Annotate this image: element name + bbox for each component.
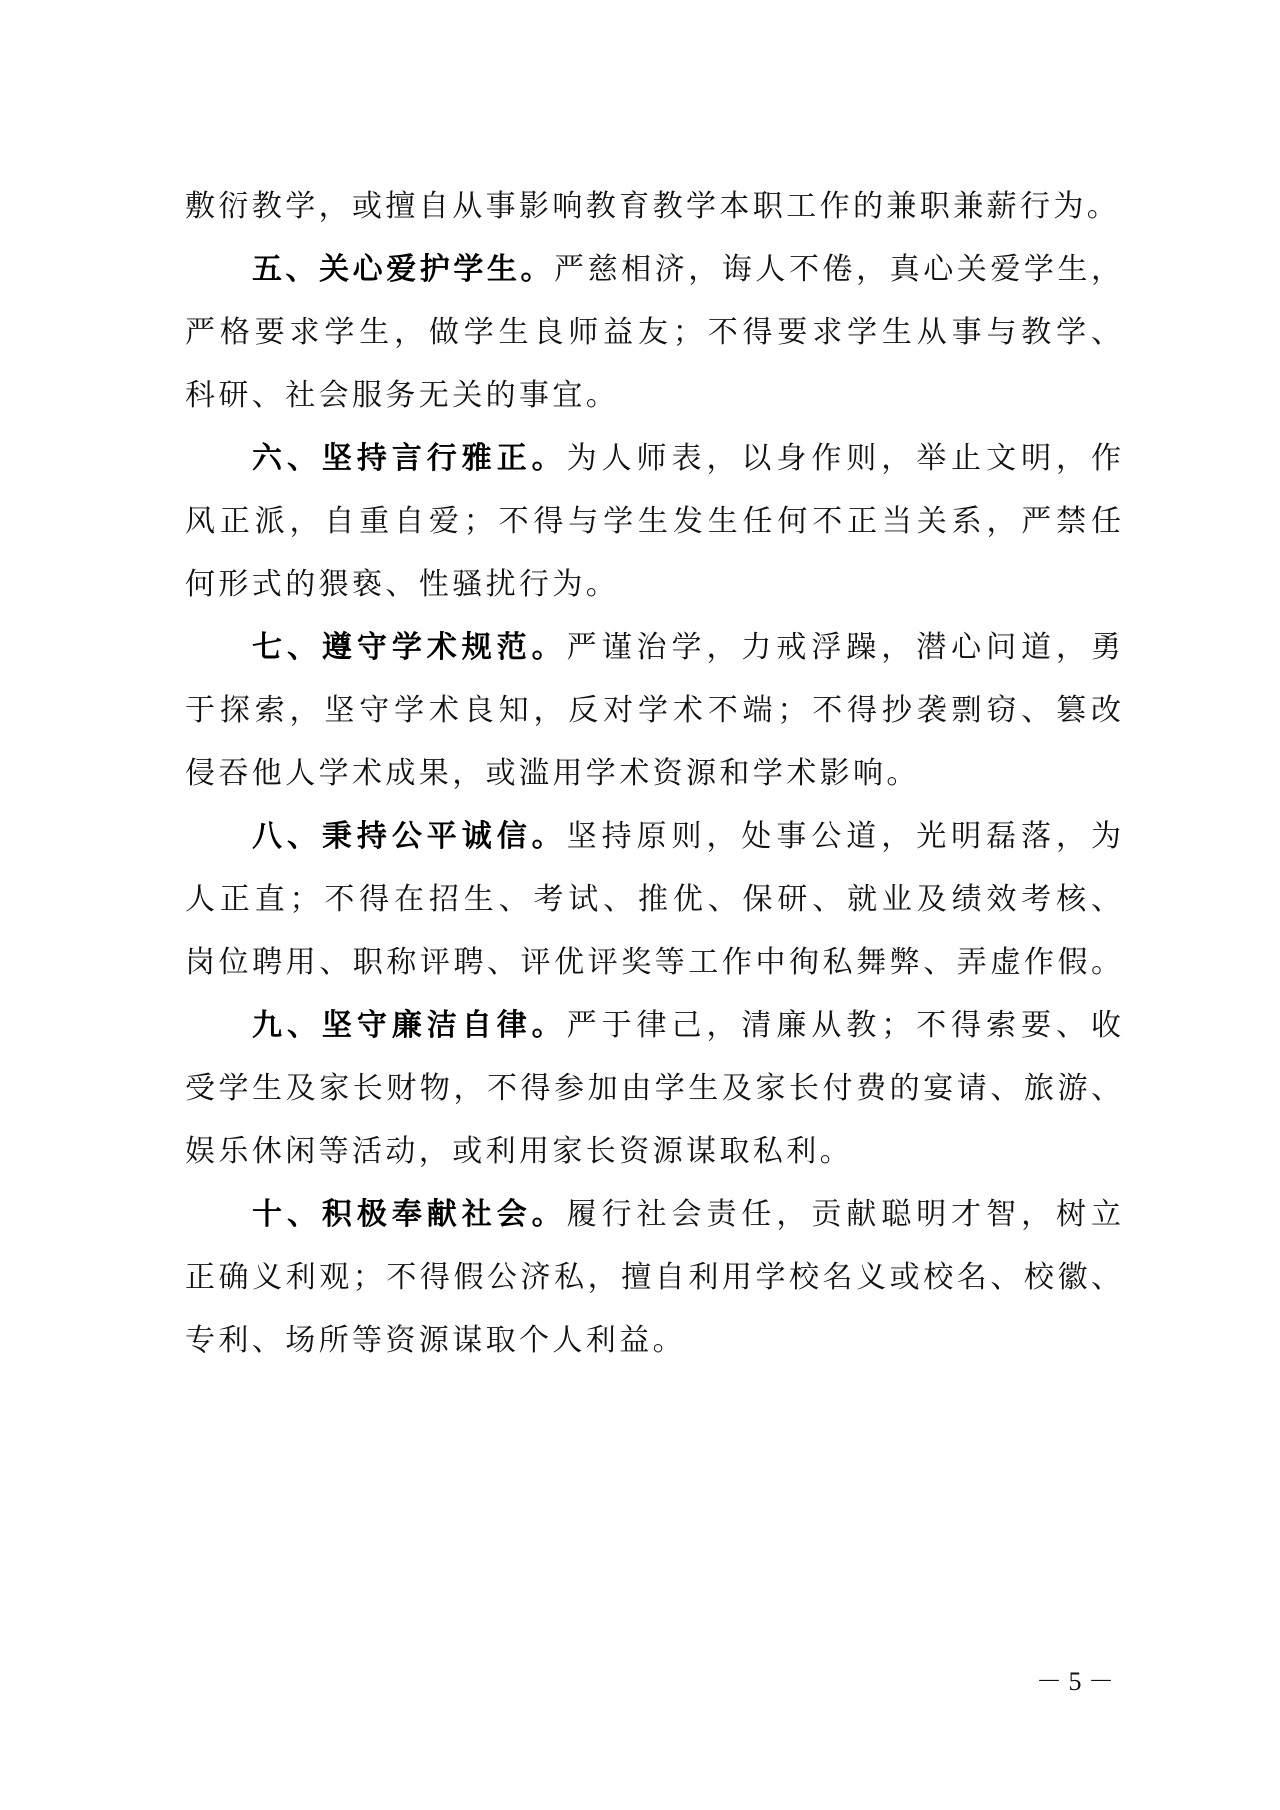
text-line-19: 专利、场所等资源谋取个人利益。 — [185, 1309, 1121, 1372]
clause-text: 为人师表，以身作则，举止文明，作 — [567, 441, 1121, 476]
clause-heading-six: 六、坚持言行雅正。 — [252, 441, 567, 476]
text-line-9: 于探索，坚守学术良知，反对学术不端；不得抄袭剽窃、篡改 — [185, 679, 1121, 742]
text-line-6: 风正派，自重自爱；不得与学生发生任何不正当关系，严禁任 — [185, 490, 1121, 553]
clause-text: 履行社会责任，贡献聪明才智，树立 — [567, 1197, 1121, 1232]
clause-text: 严格要求学生，做学生良师益友；不得要求学生从事与教学、 — [185, 315, 1121, 350]
page-number: － 5 － — [1036, 1664, 1114, 1700]
clause-heading-seven: 七、遵守学术规范。 — [252, 630, 567, 665]
text-line-14: 九、坚守廉洁自律。严于律己，清廉从教；不得索要、收 — [185, 994, 1121, 1057]
clause-text: 何形式的猥亵、性骚扰行为。 — [185, 567, 619, 602]
text-line-17: 十、积极奉献社会。履行社会责任，贡献聪明才智，树立 — [185, 1183, 1121, 1246]
text-line-5: 六、坚持言行雅正。为人师表，以身作则，举止文明，作 — [185, 427, 1121, 490]
text-line-10: 侵吞他人学术成果，或滥用学术资源和学术影响。 — [185, 742, 1121, 805]
clause-heading-five: 五、关心爱护学生。 — [252, 252, 554, 287]
clause-text: 侵吞他人学术成果，或滥用学术资源和学术影响。 — [185, 756, 920, 791]
clause-heading-nine: 九、坚守廉洁自律。 — [252, 1008, 567, 1043]
clause-text: 严于律己，清廉从教；不得索要、收 — [567, 1008, 1121, 1043]
clause-text: 严慈相济，诲人不倦，真心关爱学生， — [554, 252, 1121, 287]
clause-text: 正确义利观；不得假公济私，擅自利用学校名义或校名、校徽、 — [185, 1260, 1121, 1295]
text-line-12: 人正直；不得在招生、考试、推优、保研、就业及绩效考核、 — [185, 868, 1121, 931]
document-page: 敷衍教学，或擅自从事影响教育教学本职工作的兼职兼薪行为。 五、关心爱护学生。严慈… — [0, 0, 1280, 1810]
clause-heading-ten: 十、积极奉献社会。 — [252, 1197, 567, 1232]
clause-text: 科研、社会服务无关的事宜。 — [185, 378, 619, 413]
text-line-1: 敷衍教学，或擅自从事影响教育教学本职工作的兼职兼薪行为。 — [185, 175, 1121, 238]
text-line-2: 五、关心爱护学生。严慈相济，诲人不倦，真心关爱学生， — [185, 238, 1121, 301]
clause-text: 于探索，坚守学术良知，反对学术不端；不得抄袭剽窃、篡改 — [185, 693, 1121, 728]
text-line-7: 何形式的猥亵、性骚扰行为。 — [185, 553, 1121, 616]
text-line-15: 受学生及家长财物，不得参加由学生及家长付费的宴请、旅游、 — [185, 1057, 1121, 1120]
clause-text: 受学生及家长财物，不得参加由学生及家长付费的宴请、旅游、 — [185, 1071, 1121, 1106]
text-line-8: 七、遵守学术规范。严谨治学，力戒浮躁，潜心问道，勇 — [185, 616, 1121, 679]
clause-text: 坚持原则，处事公道，光明磊落，为 — [567, 819, 1121, 854]
text-line-4: 科研、社会服务无关的事宜。 — [185, 364, 1121, 427]
clause-text: 岗位聘用、职称评聘、评优评奖等工作中徇私舞弊、弄虚作假。 — [185, 945, 1121, 980]
clause-text: 娱乐休闲等活动，或利用家长资源谋取私利。 — [185, 1134, 853, 1169]
clause-text: 风正派，自重自爱；不得与学生发生任何不正当关系，严禁任 — [185, 504, 1121, 539]
text-line-11: 八、秉持公平诚信。坚持原则，处事公道，光明磊落，为 — [185, 805, 1121, 868]
clause-text: 人正直；不得在招生、考试、推优、保研、就业及绩效考核、 — [185, 882, 1121, 917]
clause-text: 严谨治学，力戒浮躁，潜心问道，勇 — [567, 630, 1121, 665]
clause-heading-eight: 八、秉持公平诚信。 — [252, 819, 567, 854]
clause-text: 专利、场所等资源谋取个人利益。 — [185, 1323, 686, 1358]
text-line-3: 严格要求学生，做学生良师益友；不得要求学生从事与教学、 — [185, 301, 1121, 364]
text-line-13: 岗位聘用、职称评聘、评优评奖等工作中徇私舞弊、弄虚作假。 — [185, 931, 1121, 994]
clause-text: 敷衍教学，或擅自从事影响教育教学本职工作的兼职兼薪行为。 — [185, 189, 1120, 224]
text-line-18: 正确义利观；不得假公济私，擅自利用学校名义或校名、校徽、 — [185, 1246, 1121, 1309]
document-body: 敷衍教学，或擅自从事影响教育教学本职工作的兼职兼薪行为。 五、关心爱护学生。严慈… — [185, 175, 1121, 1372]
text-line-16: 娱乐休闲等活动，或利用家长资源谋取私利。 — [185, 1120, 1121, 1183]
